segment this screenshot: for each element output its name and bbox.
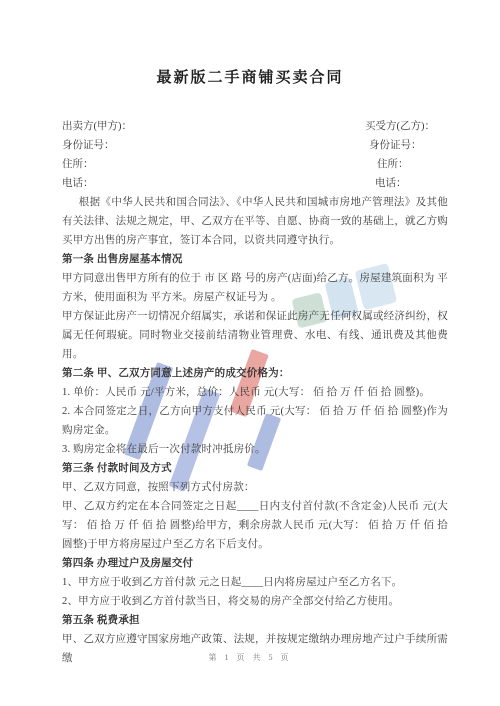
- contract-list-item: 2、甲方应于收到乙方首付款当日，将交易的房产全部交付给乙方使用。: [62, 592, 448, 611]
- party-row: 电话： 电话：: [62, 174, 448, 193]
- document-title: 最新版二手商铺买卖合同: [0, 66, 500, 87]
- party-row: 身份证号： 身份证号：: [62, 136, 448, 155]
- seller-id-label: 身份证号：: [62, 136, 115, 155]
- contract-paragraph: 甲、乙双方约定在本合同签定之日起____日内支付首付款(不含定金)人民币 元(大…: [62, 497, 448, 554]
- section-heading: 第四条 办理过户及房屋交付: [62, 554, 448, 573]
- section-heading: 第二条 甲、乙双方同意上述房产的成交价格为：: [62, 364, 448, 383]
- buyer-phone-label: 电话：: [365, 174, 407, 193]
- buyer-id-label: 身份证号：: [365, 136, 422, 155]
- contract-body: 根据《中华人民共和国合同法》、《中华人民共和国城市房地产管理法》及其他有关法律、…: [62, 193, 448, 668]
- buyer-label: 买受方(乙方)：: [365, 117, 435, 136]
- contract-paragraph: 根据《中华人民共和国合同法》、《中华人民共和国城市房地产管理法》及其他有关法律、…: [62, 193, 448, 250]
- party-row: 住所： 住所：: [62, 155, 448, 174]
- contract-list-item: 3. 购房定金将在最后一次付款时冲抵房价。: [62, 440, 448, 459]
- section-heading: 第一条 出售房屋基本情况: [62, 250, 448, 269]
- seller-address-label: 住所：: [62, 155, 94, 174]
- contract-list-item: 1、甲方应于收到乙方首付款 元之日起____日内将房屋过户至乙方名下。: [62, 573, 448, 592]
- seller-label: 出卖方(甲方)：: [62, 117, 132, 136]
- seller-phone-label: 电话：: [62, 174, 94, 193]
- contract-paragraph: 甲、乙双方同意，按照下列方式付房款：: [62, 478, 448, 497]
- section-heading: 第三条 付款时间及方式: [62, 459, 448, 478]
- contract-list-item: 1. 单价：人民币 元/平方米，总价：人民币 元(大写： 佰 拾 万 仟 佰 拾…: [62, 383, 448, 402]
- contract-paragraph: 甲方保证此房产一切情况介绍属实，承诺和保证此房产无任何权属或经济纠纷，权属无任何…: [62, 307, 448, 364]
- section-heading: 第五条 税费承担: [62, 611, 448, 630]
- party-row: 出卖方(甲方)： 买受方(乙方)：: [62, 117, 448, 136]
- contract-paragraph: 甲方同意出售甲方所有的位于 市 区 路 号的房产(店面)给乙方。房屋建筑面积为 …: [62, 269, 448, 307]
- page-number-indicator: 第 1 页 共 5 页: [0, 652, 500, 663]
- party-info-block: 出卖方(甲方)： 买受方(乙方)： 身份证号： 身份证号： 住所： 住所： 电话…: [62, 117, 448, 193]
- buyer-address-label: 住所：: [365, 155, 409, 174]
- contract-list-item: 2. 本合同签定之日，乙方向甲方支付人民币 元(大写： 佰 拾 万 仟 佰 拾 …: [62, 402, 448, 440]
- contract-page: 最新版二手商铺买卖合同 出卖方(甲方)： 买受方(乙方)： 身份证号： 身份证号…: [0, 0, 500, 706]
